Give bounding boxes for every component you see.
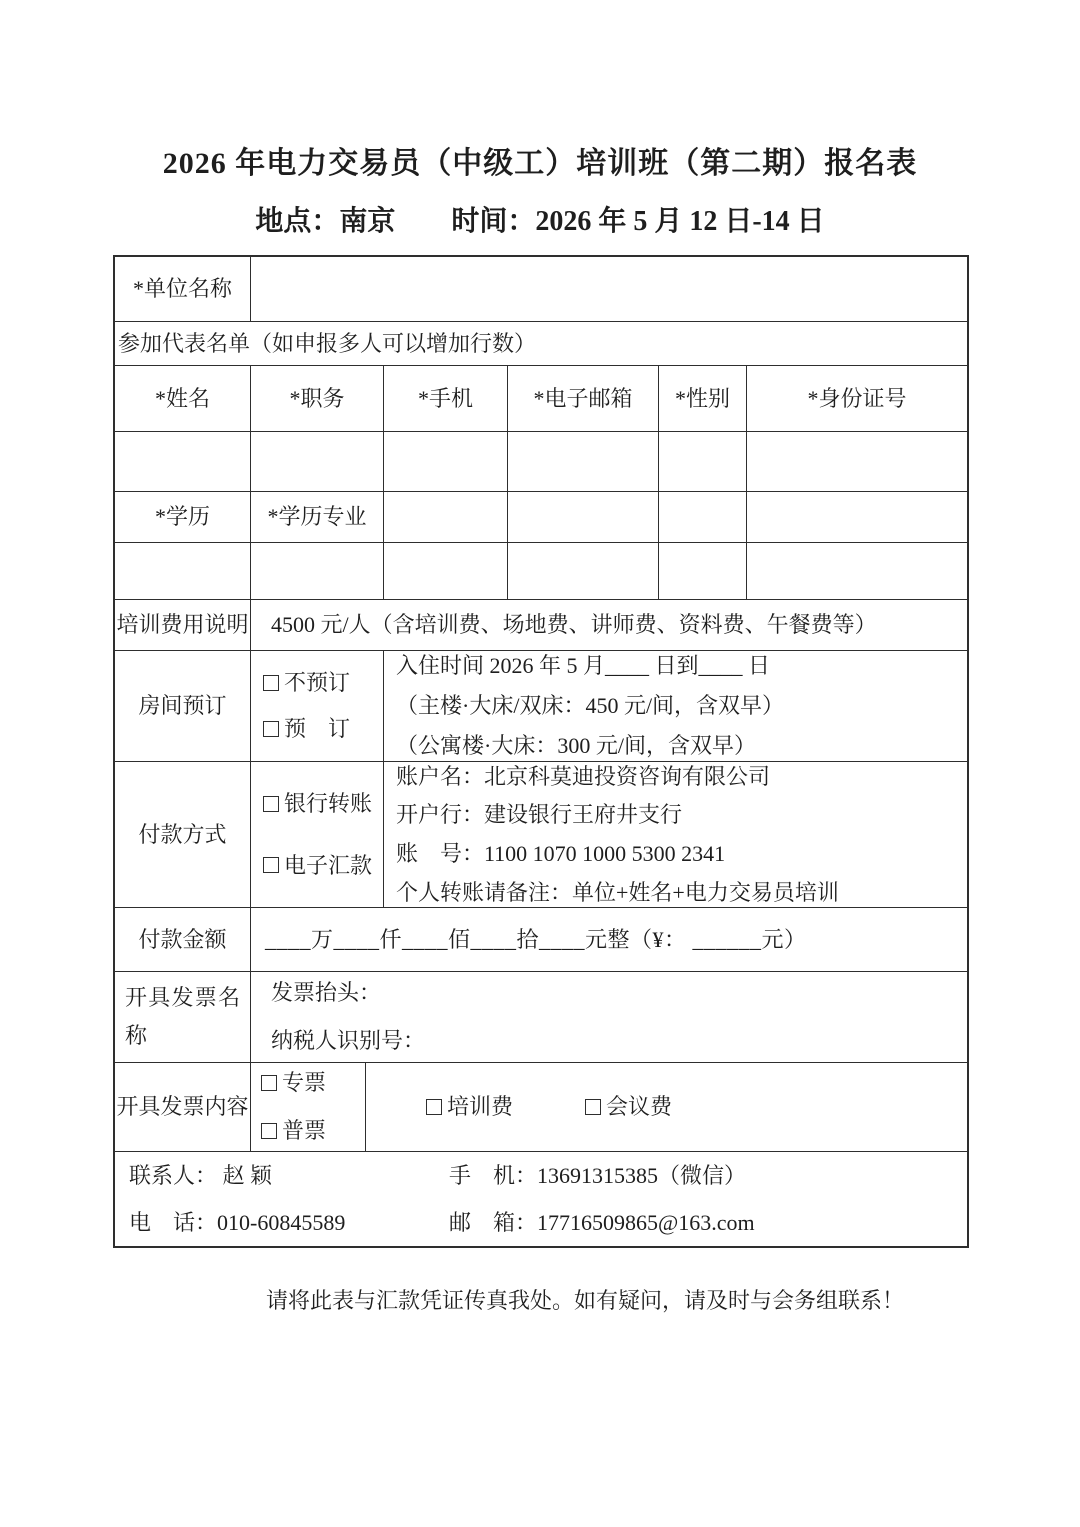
header-email: *电子邮箱	[508, 366, 659, 431]
checkbox-special-invoice-icon[interactable]	[261, 1075, 277, 1091]
checkbox-training-fee-icon[interactable]	[426, 1099, 442, 1115]
payment-method-label: 付款方式	[115, 762, 251, 907]
company-name-label: *单位名称	[115, 257, 251, 321]
invoice-option-general: 普票	[261, 1116, 326, 1146]
position-input-cell[interactable]	[251, 432, 384, 491]
empty-cell	[747, 492, 967, 542]
contact-row: 联系人： 赵 颖 手 机：13691315385（微信） 电 话：010-608…	[115, 1152, 967, 1246]
contact-line-2: 电 话：010-60845589 邮 箱：17716509865@163.com	[129, 1208, 967, 1238]
room-reservation-label: 房间预订	[115, 651, 251, 761]
room-option-reserve: 预 订	[263, 714, 350, 744]
payment-account-number-line: 账 号：1100 1070 1000 5300 2341	[396, 839, 725, 869]
invoice-title-row: 开具发票名称 发票抬头： 纳税人识别号：	[115, 972, 967, 1063]
invoice-item-conference: 会议费	[585, 1092, 672, 1122]
education-major-label: *学历专业	[251, 492, 384, 542]
payment-bank-line: 开户行：建设银行王府井支行	[396, 800, 682, 830]
company-row: *单位名称	[115, 257, 967, 322]
fee-label: 培训费用说明	[115, 600, 251, 650]
empty-input-cell[interactable]	[508, 543, 659, 599]
empty-input-cell[interactable]	[747, 543, 967, 599]
payment-amount-input-cell[interactable]: ____万____仟____佰____拾____元整（¥： ______元）	[251, 908, 967, 971]
payment-amount-row: 付款金额 ____万____仟____佰____拾____元整（¥： _____…	[115, 908, 967, 972]
invoice-type-options-cell: 专票 普票	[251, 1063, 366, 1151]
payment-account-name-line: 账户名：北京科莫迪投资咨询有限公司	[396, 762, 770, 792]
education-major-input-cell[interactable]	[251, 543, 384, 599]
contact-email: 邮 箱：17716509865@163.com	[449, 1208, 755, 1238]
checkbox-reserve-icon[interactable]	[263, 721, 279, 737]
checkbox-conference-fee-icon[interactable]	[585, 1099, 601, 1115]
empty-cell	[384, 492, 508, 542]
fee-row: 培训费用说明 4500 元/人（含培训费、场地费、讲师费、资料费、午餐费等）	[115, 600, 967, 651]
header-gender: *性别	[659, 366, 747, 431]
contact-mobile: 手 机：13691315385（微信）	[449, 1161, 746, 1191]
location-text: 地点：南京	[255, 199, 395, 239]
header-name: *姓名	[115, 366, 251, 431]
payment-option-ewire: 电子汇款	[263, 851, 372, 881]
room-checkin-line: 入住时间 2026 年 5 月____ 日到____ 日	[396, 651, 770, 681]
invoice-item-conference-label: 会议费	[606, 1092, 672, 1122]
invoice-option-general-label: 普票	[282, 1116, 326, 1146]
contact-person: 联系人： 赵 颖	[129, 1161, 449, 1191]
invoice-content-label: 开具发票内容	[115, 1063, 251, 1151]
empty-cell	[659, 492, 747, 542]
checkbox-no-reserve-icon[interactable]	[263, 675, 279, 691]
mobile-input-cell[interactable]	[384, 432, 508, 491]
empty-cell	[508, 492, 659, 542]
room-options-cell: 不预订 预 订	[251, 651, 384, 761]
room-option-no-reserve: 不预订	[263, 668, 350, 698]
payment-option-bank: 银行转账	[263, 789, 372, 819]
header-mobile: *手机	[384, 366, 508, 431]
education-header-row: *学历 *学历专业	[115, 492, 967, 543]
payment-remark-line: 个人转账请备注：单位+姓名+电力交易员培训	[396, 878, 839, 908]
education-label: *学历	[115, 492, 251, 542]
invoice-item-training: 培训费	[426, 1092, 513, 1122]
room-option-no-label: 不预订	[284, 668, 350, 698]
id-number-input-cell[interactable]	[747, 432, 967, 491]
empty-input-cell[interactable]	[659, 543, 747, 599]
payment-details-cell: 账户名：北京科莫迪投资咨询有限公司 开户行：建设银行王府井支行 账 号：1100…	[384, 762, 967, 907]
invoice-title-details-cell: 发票抬头： 纳税人识别号：	[251, 972, 967, 1062]
name-input-cell[interactable]	[115, 432, 251, 491]
footer-note: 请将此表与汇款凭证传真我处。如有疑问，请及时与会务组联系！	[0, 1284, 1080, 1315]
invoice-title-label-cell: 开具发票名称	[115, 972, 251, 1062]
header-id-number: *身份证号	[747, 366, 967, 431]
registration-form-page: 2026 年电力交易员（中级工）培训班（第二期）报名表 地点：南京 时间：202…	[0, 0, 1080, 1527]
delegates-note: 参加代表名单（如申报多人可以增加行数）	[115, 322, 967, 365]
header-position: *职务	[251, 366, 384, 431]
contact-line-1: 联系人： 赵 颖 手 机：13691315385（微信）	[129, 1161, 967, 1191]
gender-input-cell[interactable]	[659, 432, 747, 491]
taxpayer-id-line[interactable]: 纳税人识别号：	[271, 1026, 425, 1056]
invoice-content-row: 开具发票内容 专票 普票 培训费 会议费	[115, 1063, 967, 1152]
invoice-option-special: 专票	[261, 1068, 326, 1098]
contact-phone: 电 话：010-60845589	[129, 1208, 449, 1238]
education-input-cell[interactable]	[115, 543, 251, 599]
payment-option-ewire-label: 电子汇款	[284, 851, 372, 881]
delegates-note-row: 参加代表名单（如申报多人可以增加行数）	[115, 322, 967, 366]
payment-options-cell: 银行转账 电子汇款	[251, 762, 384, 907]
checkbox-ewire-icon[interactable]	[263, 857, 279, 873]
contact-cell: 联系人： 赵 颖 手 机：13691315385（微信） 电 话：010-608…	[115, 1152, 967, 1246]
invoice-item-training-label: 培训费	[447, 1092, 513, 1122]
invoice-title-label: 开具发票名称	[115, 979, 250, 1055]
fee-value: 4500 元/人（含培训费、场地费、讲师费、资料费、午餐费等）	[251, 600, 967, 650]
checkbox-bank-transfer-icon[interactable]	[263, 796, 279, 812]
page-subtitle: 地点：南京 时间：2026 年 5 月 12 日-14 日	[0, 199, 1080, 239]
payment-option-bank-label: 银行转账	[284, 789, 372, 819]
room-main-building-line: （主楼·大床/双床：450 元/间，含双早）	[396, 691, 784, 721]
company-name-input-cell[interactable]	[251, 257, 967, 321]
checkbox-general-invoice-icon[interactable]	[261, 1123, 277, 1139]
invoice-items-cell: 培训费 会议费	[366, 1063, 967, 1151]
education-input-row	[115, 543, 967, 600]
invoice-option-special-label: 专票	[282, 1068, 326, 1098]
room-apartment-line: （公寓楼·大床：300 元/间，含双早）	[396, 731, 756, 761]
room-reservation-row: 房间预订 不预订 预 订 入住时间 2026 年 5 月____ 日到____ …	[115, 651, 967, 762]
time-text: 时间：2026 年 5 月 12 日-14 日	[451, 199, 824, 239]
room-details-cell: 入住时间 2026 年 5 月____ 日到____ 日 （主楼·大床/双床：4…	[384, 651, 967, 761]
room-option-yes-label: 预 订	[284, 714, 350, 744]
email-input-cell[interactable]	[508, 432, 659, 491]
empty-input-cell[interactable]	[384, 543, 508, 599]
delegate-header-row: *姓名 *职务 *手机 *电子邮箱 *性别 *身份证号	[115, 366, 967, 432]
invoice-header-line[interactable]: 发票抬头：	[271, 978, 381, 1008]
delegate-input-row	[115, 432, 967, 492]
payment-method-row: 付款方式 银行转账 电子汇款 账户名：北京科莫迪投资咨询有限公司 开户行：建设银…	[115, 762, 967, 908]
page-title: 2026 年电力交易员（中级工）培训班（第二期）报名表	[0, 138, 1080, 182]
payment-amount-label: 付款金额	[115, 908, 251, 971]
registration-table: *单位名称 参加代表名单（如申报多人可以增加行数） *姓名 *职务 *手机 *电…	[113, 255, 969, 1248]
